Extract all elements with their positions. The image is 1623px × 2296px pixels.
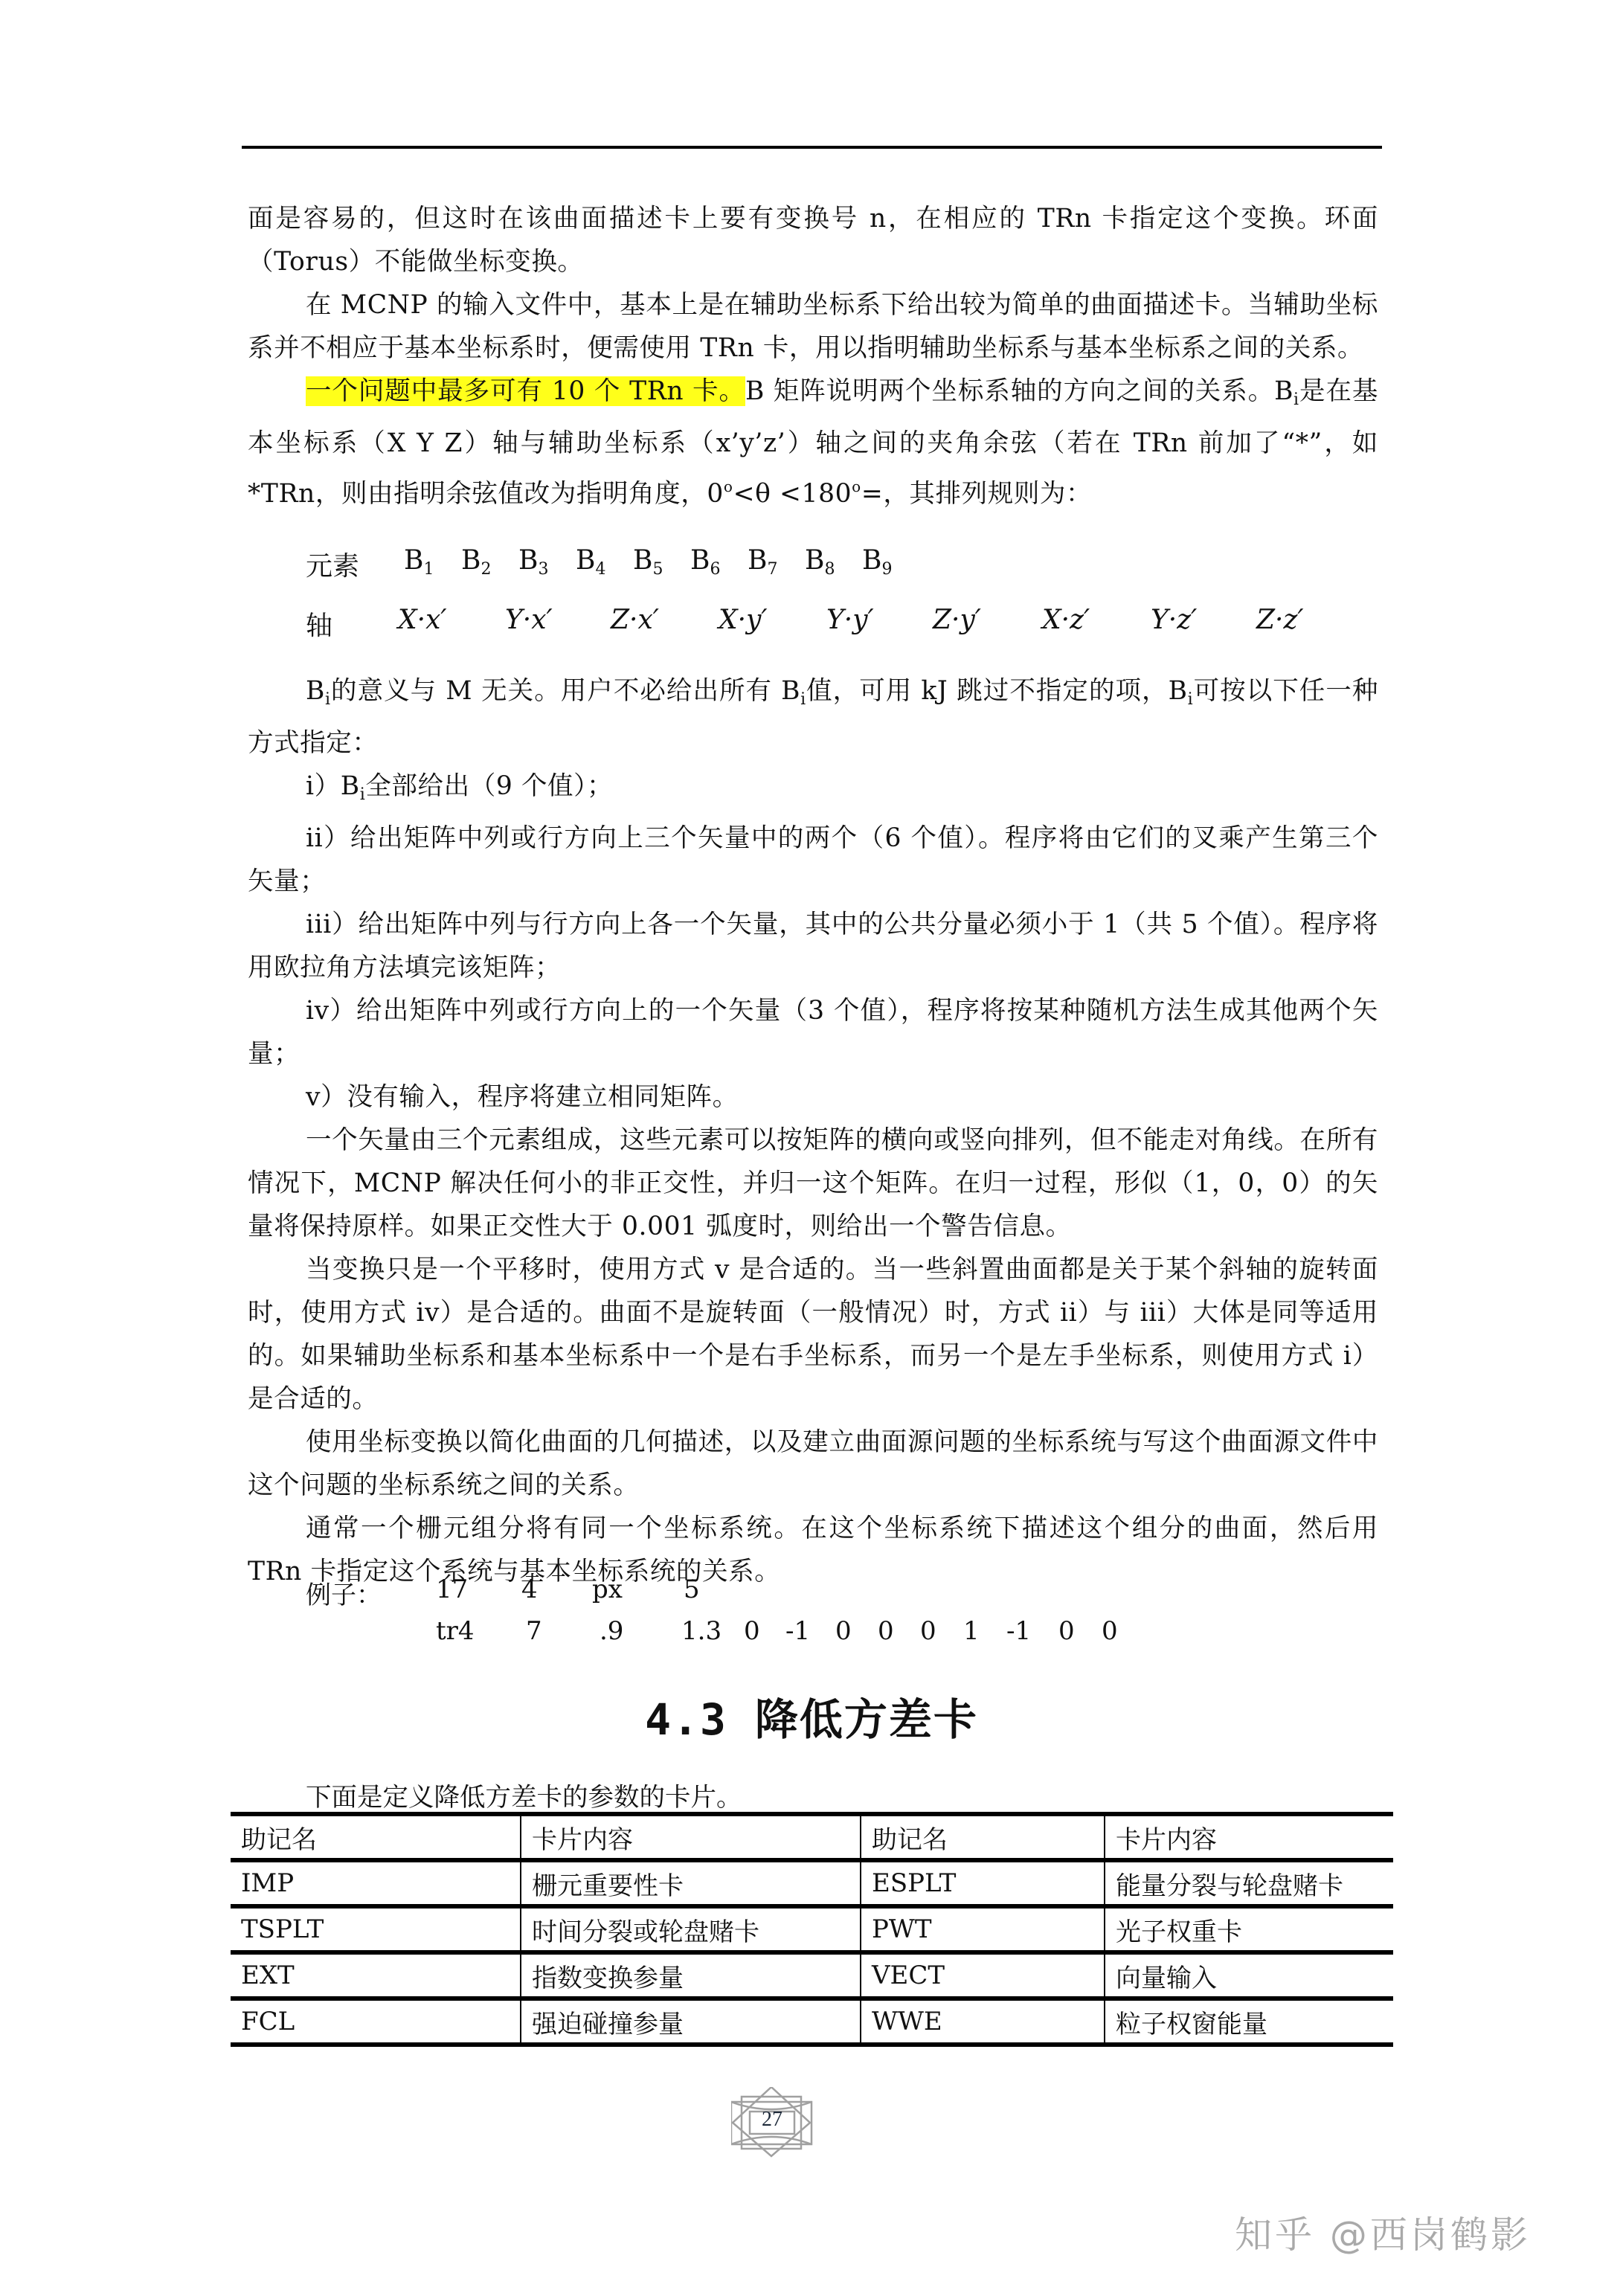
header-content-2: 卡片内容 — [1105, 1814, 1393, 1860]
option-i: i）Bi全部给出（9 个值）； — [248, 765, 1378, 817]
section-title: 4.3 降低方差卡 — [0, 1685, 1623, 1747]
option-ii: ii）给出矩阵中列或行方向上三个矢量中的两个（6 个值）。程序将由它们的叉乘产生… — [248, 817, 1378, 903]
element-b8: B8 — [805, 545, 835, 579]
axis-1: X·x′ — [398, 605, 447, 635]
table-row: EXT 指数变换参量 VECT 向量输入 — [231, 1952, 1393, 1998]
watermark: 知乎 @西岗鹤影 — [1235, 2205, 1531, 2259]
header-rule — [242, 146, 1382, 149]
option-v: v）没有输入，程序将建立相同矩阵。 — [248, 1075, 1378, 1119]
element-b1: B1 — [404, 545, 434, 579]
header-mnemonic-1: 助记名 — [231, 1814, 521, 1860]
element-b6: B6 — [690, 545, 720, 579]
page-number: 27 — [731, 2087, 813, 2158]
table-row: TSPLT 时间分裂或轮盘赌卡 PWT 光子权重卡 — [231, 1906, 1393, 1952]
element-b9: B9 — [862, 545, 892, 579]
paragraph-b-matrix: 一个问题中最多可有 10 个 TRn 卡。B 矩阵说明两个坐标系轴的方向之间的关… — [248, 370, 1378, 515]
paragraph-bi-meaning: Bi的意义与 M 无关。用户不必给出所有 Bi值，可用 kJ 跳过不指定的项，B… — [248, 669, 1378, 765]
axis-4: X·y′ — [719, 605, 768, 635]
header-content-1: 卡片内容 — [521, 1814, 861, 1860]
axis-6: Z·y′ — [933, 605, 981, 635]
axis-7: X·z′ — [1042, 605, 1090, 635]
axis-8: Y·z′ — [1151, 605, 1197, 635]
element-b7: B7 — [748, 545, 777, 579]
element-b5: B5 — [633, 545, 663, 579]
axis-label: 轴 — [306, 605, 332, 643]
body-text: 面是容易的，但这时在该曲面描述卡上要有变换号 n，在相应的 TRn 卡指定这个变… — [248, 197, 1378, 515]
paragraph-cell-group: 通常一个栅元组分将有同一个坐标系统。在这个坐标系统下描述这个组分的曲面，然后用 … — [248, 1507, 1378, 1593]
paragraph-mcnp-input: 在 MCNP 的输入文件中，基本上是在辅助坐标系下给出较为简单的曲面描述卡。当辅… — [248, 283, 1378, 370]
body-text-bi: Bi的意义与 M 无关。用户不必给出所有 Bi值，可用 kJ 跳过不指定的项，B… — [248, 669, 1378, 1593]
header-mnemonic-2: 助记名 — [861, 1814, 1105, 1860]
variance-reduction-table: 助记名 卡片内容 助记名 卡片内容 IMP 栅元重要性卡 ESPLT 能量分裂与… — [231, 1812, 1393, 2047]
axis-5: Y·y′ — [826, 605, 874, 635]
axis-3: Z·x′ — [611, 605, 659, 635]
page-number-text: 27 — [731, 2108, 813, 2132]
table-row: FCL 强迫碰撞参量 WWE 粒子权窗能量 — [231, 1998, 1393, 2045]
paragraph-surface-transform: 面是容易的，但这时在该曲面描述卡上要有变换号 n，在相应的 TRn 卡指定这个变… — [248, 197, 1378, 283]
axis-9: Z·z′ — [1256, 605, 1304, 635]
element-b3: B3 — [518, 545, 548, 579]
paragraph-translation: 当变换只是一个平移时，使用方式 v 是合适的。当一些斜置曲面都是关于某个斜轴的旋… — [248, 1248, 1378, 1421]
element-label: 元素 — [306, 545, 359, 583]
paragraph-vector: 一个矢量由三个元素组成，这些元素可以按矩阵的横向或竖向排列，但不能走对角线。在所… — [248, 1119, 1378, 1248]
paragraph-coordinate-use: 使用坐标变换以简化曲面的几何描述，以及建立曲面源问题的坐标系统与写这个曲面源文件… — [248, 1421, 1378, 1507]
table-row: IMP 栅元重要性卡 ESPLT 能量分裂与轮盘赌卡 — [231, 1860, 1393, 1906]
option-iv: iv）给出矩阵中列或行方向上的一个矢量（3 个值），程序将按某种随机方法生成其他… — [248, 989, 1378, 1075]
element-b2: B2 — [461, 545, 491, 579]
option-iii: iii）给出矩阵中列与行方向上各一个矢量，其中的公共分量必须小于 1（共 5 个… — [248, 903, 1378, 989]
section-intro: 下面是定义降低方差卡的参数的卡片。 — [306, 1776, 742, 1813]
highlighted-text: 一个问题中最多可有 10 个 TRn 卡。 — [306, 376, 745, 406]
axis-2: Y·x′ — [505, 605, 553, 635]
element-b4: B4 — [576, 545, 605, 579]
example-label: 例子： — [306, 1575, 382, 1611]
table-header-row: 助记名 卡片内容 助记名 卡片内容 — [231, 1814, 1393, 1860]
